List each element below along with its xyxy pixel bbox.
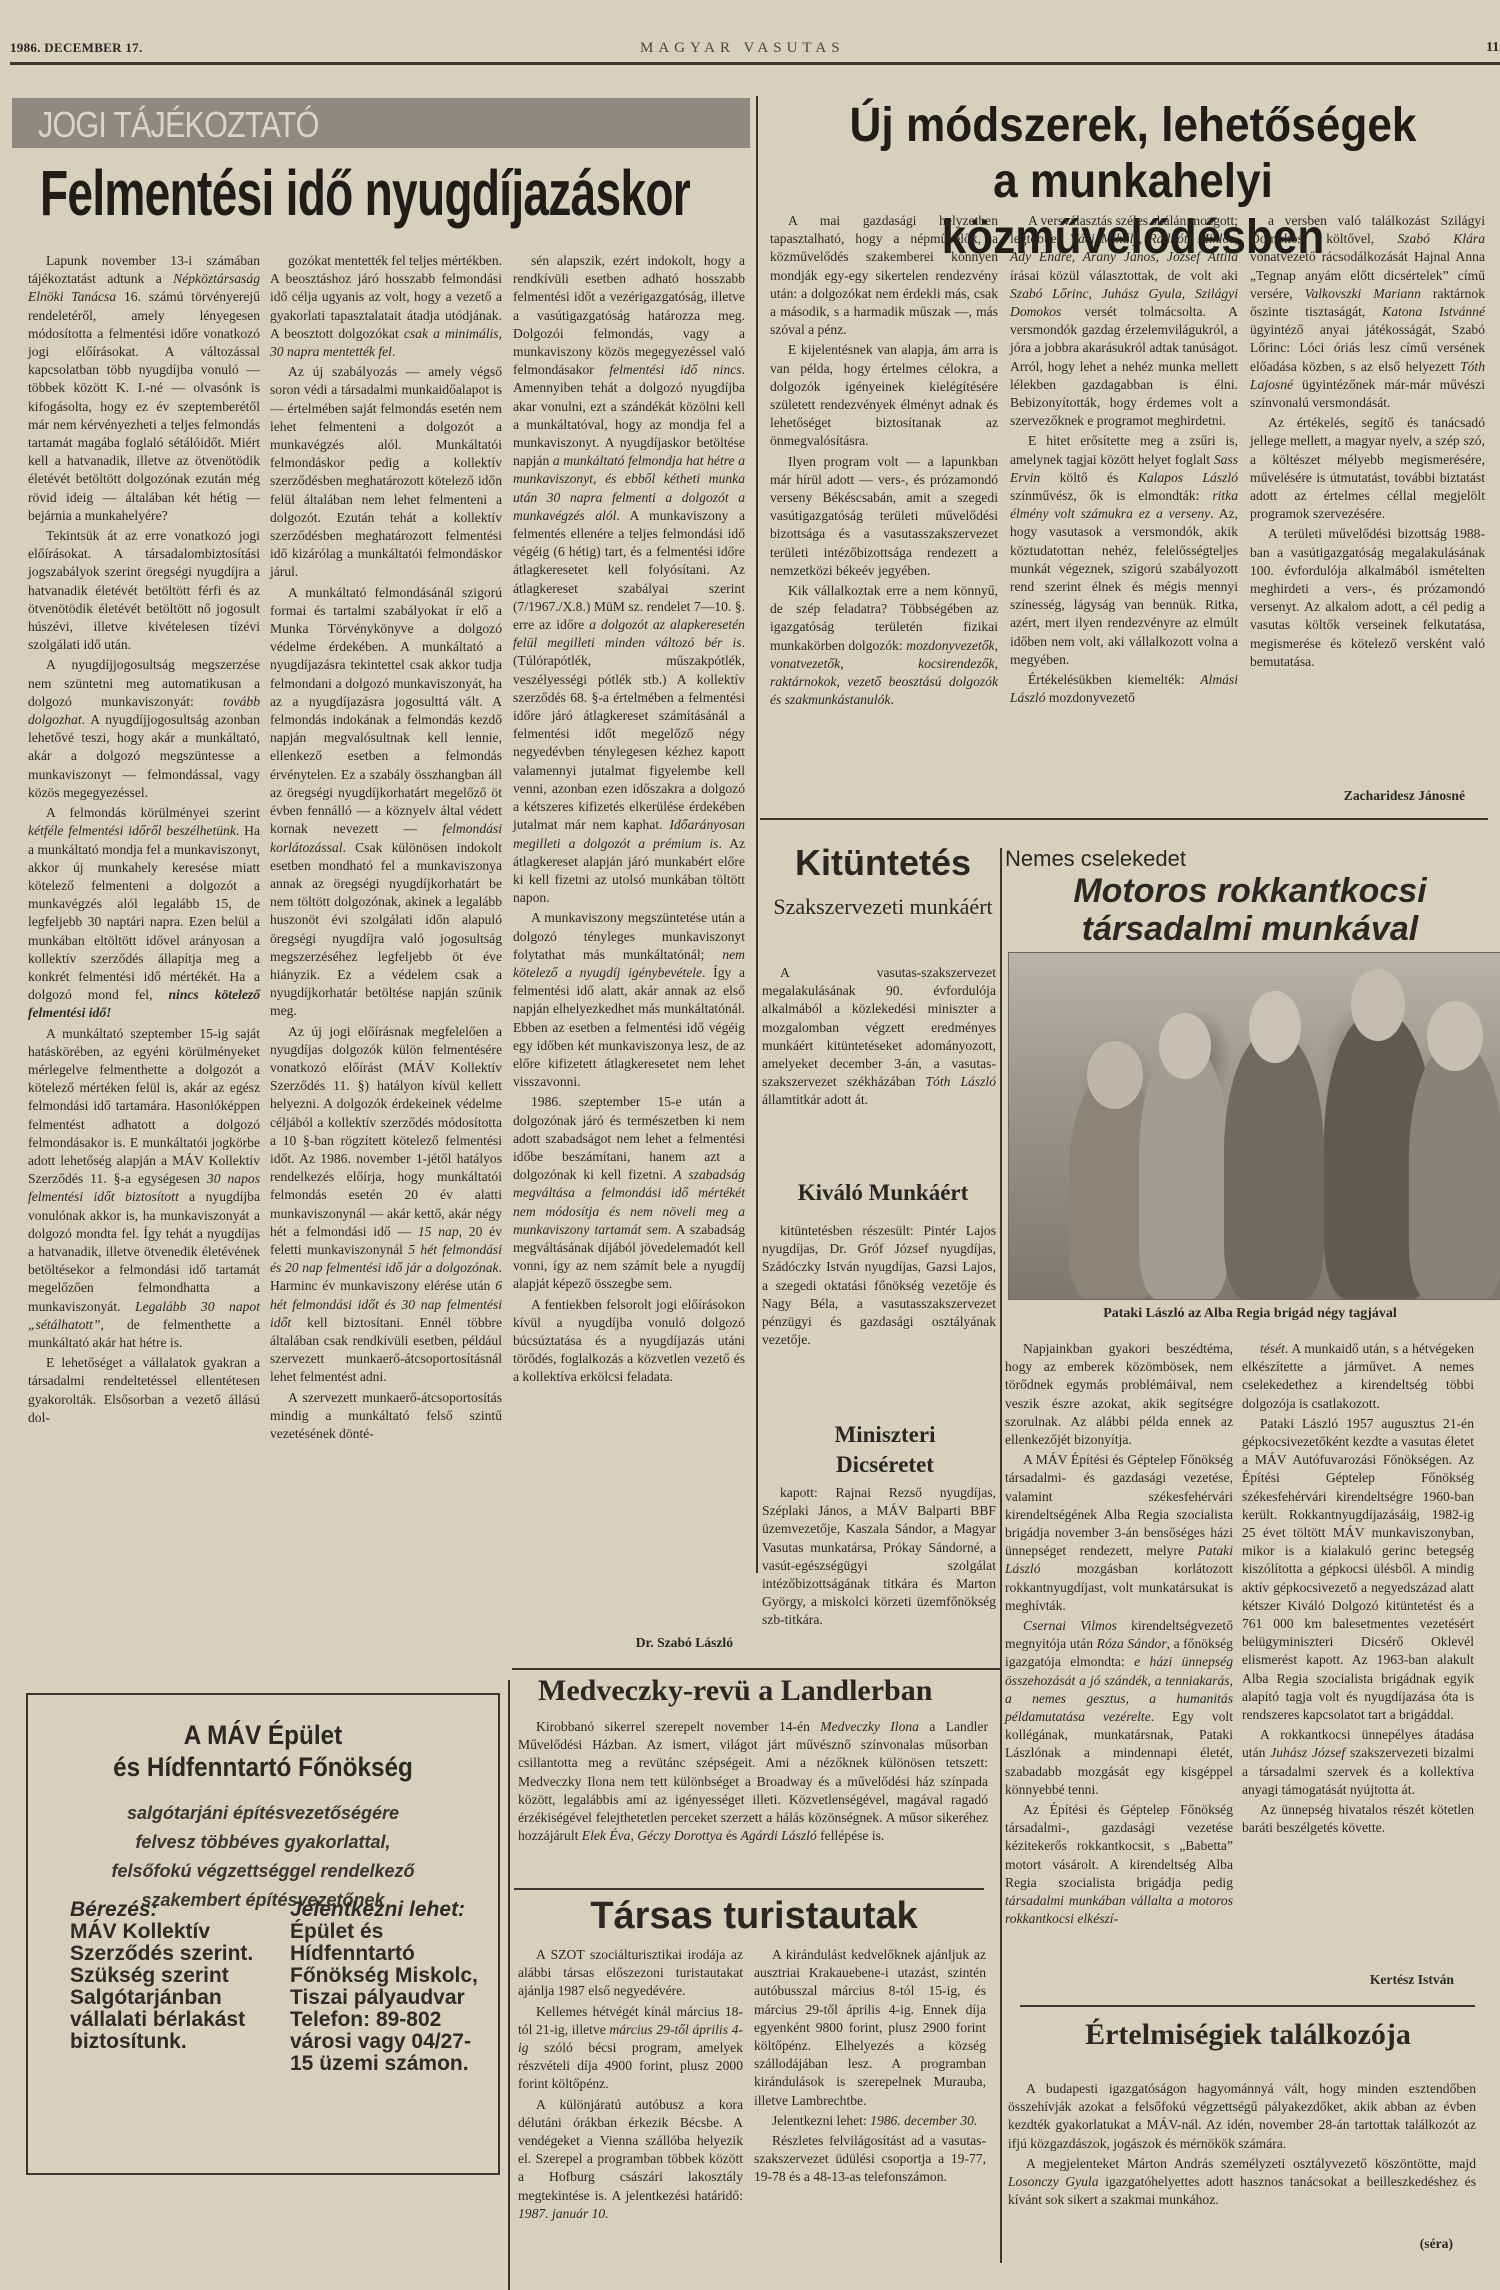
masthead-date: 1986. DECEMBER 17. [10,40,143,56]
meeting-author: (séra) [1008,2236,1453,2252]
legal-paragraph: A fentiekben felsorolt jogi előírásokon … [513,1296,745,1387]
legal-paragraph: Az új jogi előírásnak megfelelően a nyug… [270,1023,502,1387]
tours-title: Társas turistautak [514,1895,994,1938]
tours-paragraph: A különjáratú autóbusz a kora délutáni ó… [518,2096,743,2223]
awards-heading-excellent: Kiváló Munkáért [768,1180,998,1206]
legal-author: Dr. Szabó László [513,1635,733,1651]
awards-title: Kitüntetés [768,842,998,884]
meeting-body: A budapesti igazgatóságon hagyománnyá vá… [1008,2080,1476,2209]
legal-col-1: Lapunk november 13-i számában tájékoztat… [28,252,260,1427]
ad-title-line-1: A MÁV Épület [52,1719,475,1751]
meeting-paragraph: A budapesti igazgatóságon hagyománnyá vá… [1008,2080,1476,2153]
ad-left-body: MÁV Kollektív Szerződés szerint. Szükség… [70,1921,260,2053]
legal-paragraph: A felmondás körülményei szerint kétféle … [28,804,260,1022]
awards-body-excellent: kitüntetésben részesült: Pintér Lajos ny… [762,1222,996,1349]
wheelchair-col-1: Napjainkban gyakori beszédtéma, hogy az … [1005,1340,1233,1929]
masthead-page-number: 11 [1486,40,1499,56]
divider-revue-bottom [514,1888,984,1890]
divider-wheelchair-bottom [1020,2005,1475,2007]
wheelchair-col-2: tését. A munkaidő után, s a hétvégeken e… [1242,1340,1474,1837]
legal-paragraph: gozókat mentették fel teljes mértékben. … [270,252,502,361]
award-paragraph: A vasutas-szakszervezet megalakulásának … [762,964,996,1110]
ad-left-block: Bérezés: MÁV Kollektív Szerződés szerint… [70,1899,260,2053]
divider-legal-awards [756,818,758,1573]
culture-paragraph: A mai gazdasági helyzetben tapasztalható… [770,212,998,339]
mav-job-ad: A MÁV Épület és Hídfenntartó Főnökség sa… [26,1693,500,2175]
culture-col-2: A versválasztás széles skálán mozgott; l… [1010,212,1238,707]
culture-paragraph: Értékelésükben kiemelték: Almási László … [1010,671,1238,707]
divider-ad-right [508,1680,510,2290]
awards-body-union: A vasutas-szakszervezet megalakulásának … [762,964,996,1110]
culture-paragraph: E hitet erősítette meg a zsűri is, amely… [1010,432,1238,669]
tours-col-1: A SZOT szociálturisztikai irodája az alá… [518,1946,743,2223]
ad-right-label: Jelentkezni lehet: [290,1899,490,1921]
culture-paragraph: Ilyen program volt — a lapunkban már hír… [770,453,998,580]
wheelchair-kicker: Nemes cselekedet [1005,846,1186,872]
wheelchair-title-line-1: Motoros rokkantkocsi [1005,872,1495,910]
revue-body: Kirobbanó sikerrel szerepelt november 14… [518,1718,988,1845]
culture-paragraph: a versben való találkozást Szilágyi Domo… [1250,212,1485,412]
wheelchair-paragraph: Pataki László 1957 augusztus 21-én gépko… [1242,1415,1474,1724]
masthead-rule [10,62,1500,65]
wheelchair-title-line-2: társadalmi munkával [1005,910,1495,948]
ad-subtitle-line: felvesz többéves gyakorlattal, [28,1828,498,1857]
wheelchair-paragraph: Csernai Vilmos kirendeltségvezető megnyi… [1005,1617,1233,1799]
divider-culture-bottom [760,818,1488,820]
legal-col-3: sén alapszik, ezért indokolt, hogy a ren… [513,252,745,1387]
tours-col-2: A kirándulást kedvelőknek ajánljuk az au… [754,1946,986,2187]
awards-heading-ministerial: Miniszteri Dicséretet [800,1420,970,1480]
culture-title-line-1: Új módszerek, lehetőségek [797,98,1469,154]
ad-title-line-2: és Hídfenntartó Főnökség [52,1751,475,1783]
award-paragraph: kitüntetésben részesült: Pintér Lajos ny… [762,1222,996,1349]
tours-paragraph: Részletes felvilágosítást ad a vasutas-s… [754,2132,986,2187]
legal-paragraph: 1986. szeptember 15-e után a dolgozónak … [513,1093,745,1293]
legal-paragraph: Lapunk november 13-i számában tájékoztat… [28,252,260,525]
ad-left-label: Bérezés: [70,1899,260,1921]
culture-col-3: a versben való találkozást Szilágyi Domo… [1250,212,1485,671]
revue-title: Medveczky-revü a Landlerban [538,1674,932,1708]
legal-paragraph: Az új szabályozás — amely végső soron vé… [270,363,502,581]
legal-paragraph: A munkáltató szeptember 15-ig saját hatá… [28,1025,260,1353]
award-paragraph: kapott: Rajnai Rezső nyugdíjas, Széplaki… [762,1484,996,1630]
photo-caption: Pataki László az Alba Regia brigád négy … [1005,1306,1495,1322]
meeting-paragraph: A megjelenteket Márton András személyzet… [1008,2155,1476,2210]
legal-paragraph: Tekintsük át az erre vonatkozó jogi előí… [28,527,260,654]
culture-author: Zacharidesz Jánosné [1250,788,1465,804]
tours-paragraph: A kirándulást kedvelőknek ajánljuk az au… [754,1946,986,2110]
divider-awards-right [1000,848,1002,1573]
divider-bottom-right [1000,1573,1002,2263]
ad-subtitle-line: felsőfokú végzettséggel rendelkező [28,1857,498,1886]
awards-body-ministerial: kapott: Rajnai Rezső nyugdíjas, Széplaki… [762,1484,996,1630]
culture-paragraph: E kijelentésnek van alapja, ám arra is v… [770,341,998,450]
awards-heading-union: Szakszervezeti munkáért [768,892,998,922]
legal-paragraph: sén alapszik, ezért indokolt, hogy a ren… [513,252,745,907]
divider-legal-bottom [512,1668,1000,1670]
legal-paragraph: A szervezett munkaerő-átcsoportosítás mi… [270,1389,502,1444]
wheelchair-paragraph: A MÁV Építési és Géptelep Főnökség társa… [1005,1451,1233,1615]
ad-subtitle-line: salgótarjáni építésvezetőségére [28,1799,498,1828]
wheelchair-paragraph: Az Építési és Géptelep Főnökség társadal… [1005,1801,1233,1928]
culture-col-1: A mai gazdasági helyzetben tapasztalható… [770,212,998,709]
legal-paragraph: A munkáltató felmondásánál szigorú forma… [270,584,502,1021]
legal-col-2: gozókat mentették fel teljes mértékben. … [270,252,502,1443]
wheelchair-title: Motoros rokkantkocsi társadalmi munkával [1005,872,1495,948]
wheelchair-paragraph: Napjainkban gyakori beszédtéma, hogy az … [1005,1340,1233,1449]
divider-legal-right [756,96,758,818]
tours-paragraph: A SZOT szociálturisztikai irodája az alá… [518,1946,743,2001]
legal-paragraph: E lehetőséget a vállalatok gyakran a tár… [28,1354,260,1427]
wheelchair-paragraph: Az ünnepség hivatalos részét kötetlen ba… [1242,1801,1474,1837]
wheelchair-paragraph: A rokkantkocsi ünnepélyes átadása után J… [1242,1726,1474,1799]
culture-paragraph: Az értékelés, segítő és tanácsadó jelleg… [1250,414,1485,523]
legal-kicker: JOGI TÁJÉKOZTATÓ [38,104,319,146]
legal-paragraph: A munkaviszony megszüntetése után a dolg… [513,909,745,1091]
ad-right-block: Jelentkezni lehet: Épület és Hídfenntart… [290,1899,490,2075]
wheelchair-author: Kertész István [1242,1972,1454,1988]
tours-paragraph: Jelentkezni lehet: 1986. december 30. [754,2112,986,2130]
wheelchair-paragraph: tését. A munkaidő után, s a hétvégeken e… [1242,1340,1474,1413]
revue-paragraph: Kirobbanó sikerrel szerepelt november 14… [518,1718,988,1845]
ad-right-body: Épület és Hídfenntartó Főnökség Miskolc,… [290,1921,490,2075]
culture-paragraph: Kik vállalkoztak erre a nem könnyű, de s… [770,582,998,709]
culture-paragraph: A területi művelődési bizottság 1988-ban… [1250,525,1485,671]
legal-paragraph: A nyugdíjjogosultság megszerzése nem szü… [28,656,260,802]
meeting-title: Értelmiségiek találkozója [1008,2018,1488,2052]
culture-paragraph: A versválasztás széles skálán mozgott; l… [1010,212,1238,430]
group-photo [1008,952,1500,1300]
masthead-paper-name: MAGYAR VASUTAS [640,40,845,57]
legal-kicker-banner: JOGI TÁJÉKOZTATÓ [12,98,750,148]
ad-title: A MÁV Épület és Hídfenntartó Főnökség [28,1719,498,1783]
tours-paragraph: Kellemes hétvégét kínál március 18-tól 2… [518,2003,743,2094]
